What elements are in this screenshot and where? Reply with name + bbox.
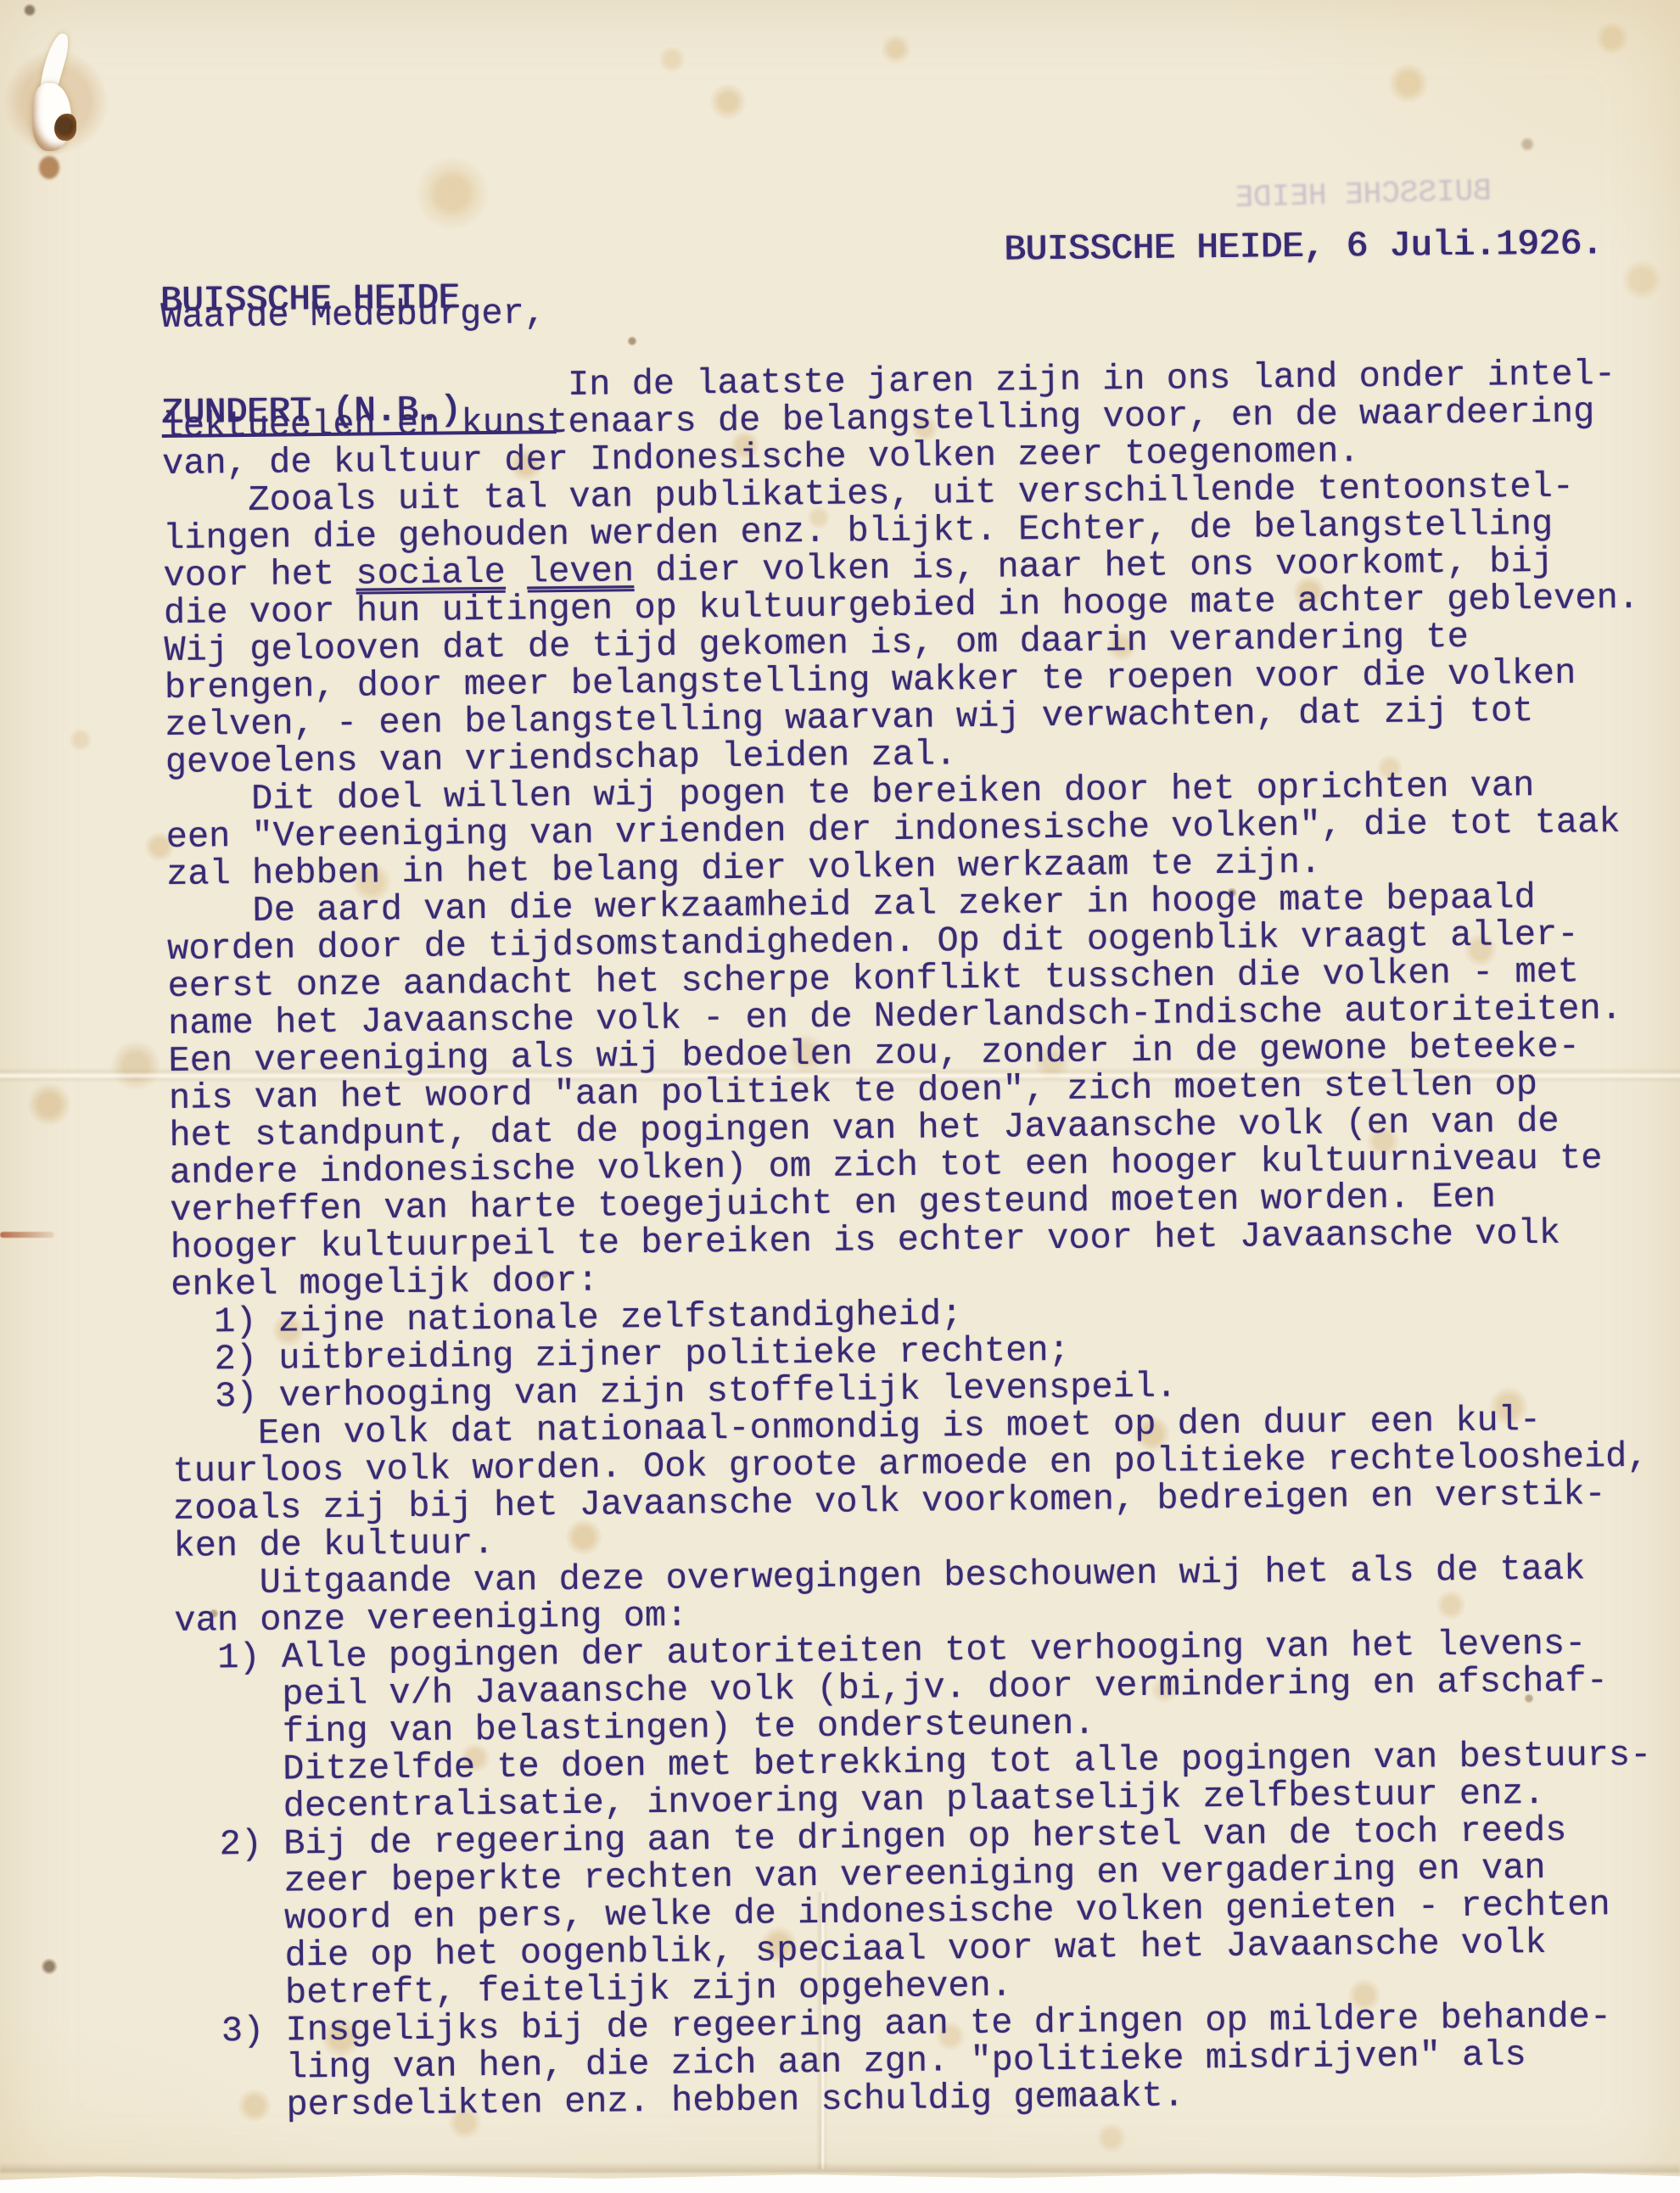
underlined-text: leven bbox=[527, 551, 635, 592]
burn-mark bbox=[54, 114, 76, 141]
paper-tear-hole bbox=[29, 32, 88, 181]
letter-body: In de laatste jaren zijn in ons land ond… bbox=[161, 355, 1655, 2125]
paper-bottom-edge bbox=[0, 2162, 1680, 2173]
salutation: Waarde Medeburger, bbox=[160, 294, 546, 336]
dateline: BUISSCHE HEIDE, 6 Juli.1926. bbox=[1004, 225, 1603, 268]
scanned-letter-page: BUISSCHE HEIDE BUISSCHE HEIDE ZUNDERT (N… bbox=[0, 0, 1680, 2193]
letter-content: BUISSCHE HEIDE BUISSCHE HEIDE ZUNDERT (N… bbox=[160, 192, 1678, 208]
underlined-text: sociale bbox=[356, 552, 506, 595]
ghost-ink-transfer: BUISSCHE HEIDE bbox=[1211, 173, 1492, 218]
rust-spot bbox=[39, 156, 59, 179]
rust-mark-left-margin bbox=[0, 1232, 54, 1238]
